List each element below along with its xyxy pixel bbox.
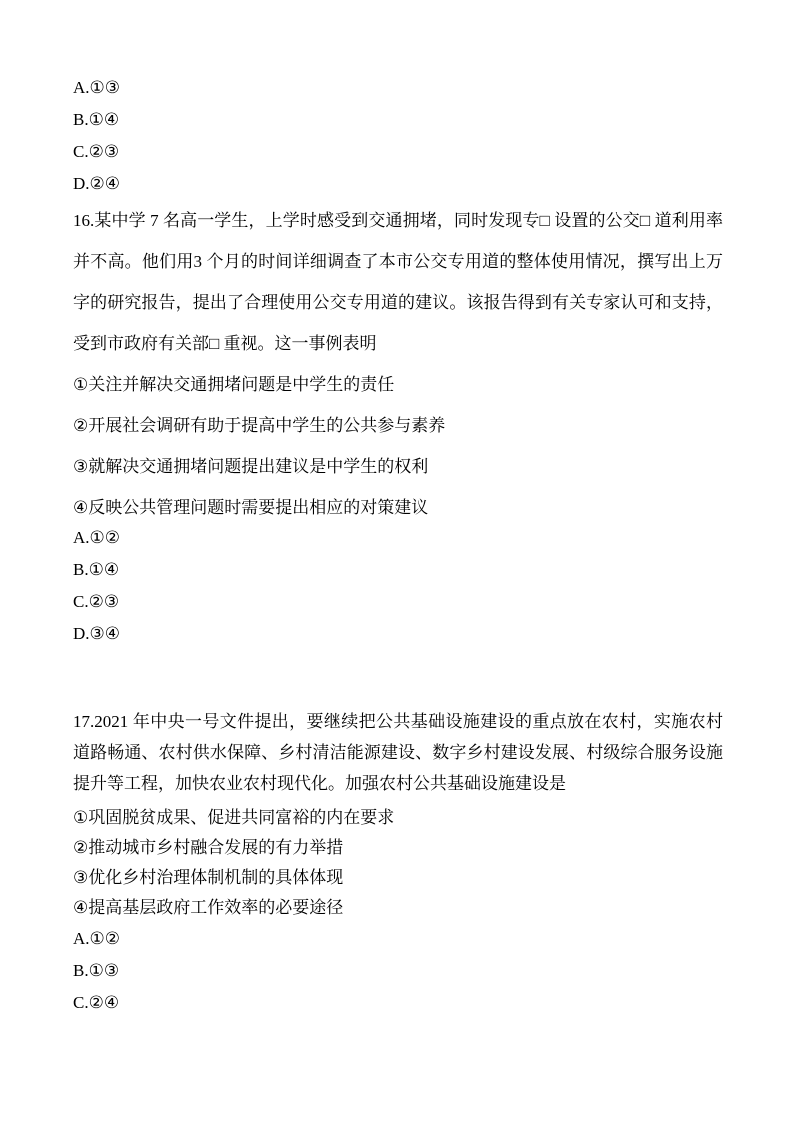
question-16-option-c: C.②③ [73, 586, 723, 618]
question-17-option-b: B.①③ [73, 955, 723, 987]
question-17-item-4: ④提高基层政府工作效率的必要途径 [73, 893, 723, 923]
carryover-option-b: B.①④ [73, 104, 723, 136]
question-17-item-2: ②推动城市乡村融合发展的有力举措 [73, 833, 723, 863]
question-16-item-1: ①关注并解决交通拥堵问题是中学生的责任 [73, 364, 723, 405]
question-16-item-2: ②开展社会调研有助于提高中学生的公共参与素养 [73, 405, 723, 446]
question-17-item-1: ①巩固脱贫成果、促进共同富裕的内在要求 [73, 803, 723, 833]
exam-page: A.①③ B.①④ C.②③ D.②④ 16.某中学 7 名高一学生，上学时感受… [0, 0, 793, 1122]
question-17-items: ①巩固脱贫成果、促进共同富裕的内在要求 ②推动城市乡村融合发展的有力举措 ③优化… [73, 803, 723, 923]
question-17: 17.2021 年中央一号文件提出，要继续把公共基础设施建设的重点放在农村，实施… [73, 706, 723, 1019]
carryover-option-d: D.②④ [73, 168, 723, 200]
question-16-options: A.①② B.①④ C.②③ D.③④ [73, 522, 723, 650]
question-17-option-a: A.①② [73, 923, 723, 955]
question-16-stem: 16.某中学 7 名高一学生，上学时感受到交通拥堵，同时发现专□ 设置的公交□ … [73, 200, 723, 364]
question-16-option-b: B.①④ [73, 554, 723, 586]
question-17-option-c: C.②④ [73, 987, 723, 1019]
question-17-stem: 17.2021 年中央一号文件提出，要继续把公共基础设施建设的重点放在农村，实施… [73, 706, 723, 799]
question-17-item-3: ③优化乡村治理体制机制的具体体现 [73, 863, 723, 893]
carryover-option-a: A.①③ [73, 72, 723, 104]
question-17-options: A.①② B.①③ C.②④ [73, 923, 723, 1019]
question-16-item-3: ③就解决交通拥堵问题提出建议是中学生的权利 [73, 446, 723, 487]
carryover-options-block: A.①③ B.①④ C.②③ D.②④ [73, 72, 723, 200]
question-16-option-d: D.③④ [73, 618, 723, 650]
question-16: 16.某中学 7 名高一学生，上学时感受到交通拥堵，同时发现专□ 设置的公交□ … [73, 200, 723, 650]
carryover-option-c: C.②③ [73, 136, 723, 168]
question-16-items: ①关注并解决交通拥堵问题是中学生的责任 ②开展社会调研有助于提高中学生的公共参与… [73, 364, 723, 528]
